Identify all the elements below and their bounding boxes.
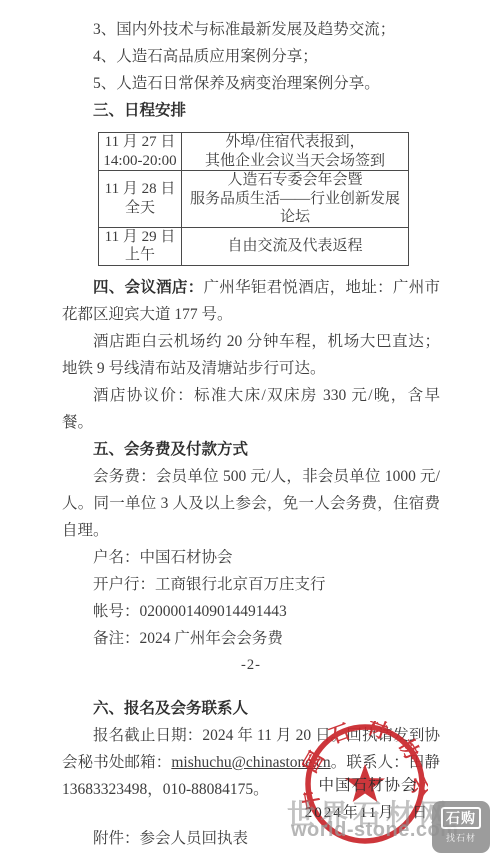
hotel-paragraph: 四、会议酒店：广州华钜君悦酒店，地址：广州市花都区迎宾大道 177 号。 (62, 274, 440, 328)
list-item-3: 3、国内外技术与标准最新发展及趋势交流； (62, 16, 440, 43)
account-number-line: 帐号：0200001409014491443 (62, 598, 440, 625)
event-line: 人造石专委会年会暨 (184, 171, 406, 190)
list-item-5: 5、人造石日常保养及病变治理案例分享。 (62, 70, 440, 97)
schedule-event-cell: 自由交流及代表返程 (182, 227, 409, 265)
table-row: 11 月 29 日 上午 自由交流及代表返程 (99, 227, 409, 265)
time-line: 上午 (101, 246, 179, 265)
hotel-transport-paragraph: 酒店距白云机场约 20 分钟车程，机场大巴直达；地铁 9 号线清布站及清塘站步行… (62, 328, 440, 382)
event-line: 外埠/住宿代表报到， (184, 133, 406, 152)
section-heading-hotel: 四、会议酒店： (93, 279, 204, 296)
schedule-event-cell: 人造石专委会年会暨 服务品质生活——行业创新发展论坛 (182, 171, 409, 228)
section-heading-contacts: 六、报名及会务联系人 (62, 695, 440, 722)
schedule-date-cell: 11 月 28 日 全天 (99, 171, 182, 228)
time-line: 全天 (101, 199, 179, 218)
remark-line: 备注：2024 广州年会会务费 (62, 625, 440, 652)
document-page: 3、国内外技术与标准最新发展及趋势交流； 4、人造石高品质应用案例分享； 5、人… (0, 0, 500, 863)
time-line: 14:00-20:00 (101, 152, 179, 171)
list-item-4: 4、人造石高品质应用案例分享； (62, 43, 440, 70)
fees-paragraph: 会务费：会员单位 500 元/人，非会员单位 1000 元/人。同一单位 3 人… (62, 463, 440, 544)
date-line: 11 月 29 日 (101, 228, 179, 247)
shigou-logo-icon: 石购 找石材 (432, 801, 490, 853)
event-line: 服务品质生活——行业创新发展论坛 (184, 190, 406, 227)
schedule-table: 11 月 27 日 14:00-20:00 外埠/住宿代表报到， 其他企业会议当… (98, 132, 409, 266)
table-row: 11 月 27 日 14:00-20:00 外埠/住宿代表报到， 其他企业会议当… (99, 133, 409, 171)
schedule-event-cell: 外埠/住宿代表报到， 其他企业会议当天会场签到 (182, 133, 409, 171)
date-line: 11 月 28 日 (101, 180, 179, 199)
page-number: -2- (62, 652, 440, 679)
schedule-date-cell: 11 月 27 日 14:00-20:00 (99, 133, 182, 171)
hotel-price-paragraph: 酒店协议价：标准大床/双床房 330 元/晚，含早餐。 (62, 382, 440, 436)
bank-line: 开户行：工商银行北京百万庄支行 (62, 571, 440, 598)
date-line: 11 月 27 日 (101, 133, 179, 152)
schedule-date-cell: 11 月 29 日 上午 (99, 227, 182, 265)
table-row: 11 月 28 日 全天 人造石专委会年会暨 服务品质生活——行业创新发展论坛 (99, 171, 409, 228)
logo-subtitle: 找石材 (446, 831, 476, 844)
section-heading-schedule: 三、日程安排 (62, 97, 440, 124)
logo-title: 石购 (441, 807, 481, 829)
account-name-line: 户名：中国石材协会 (62, 544, 440, 571)
section-heading-fees: 五、会务费及付款方式 (62, 436, 440, 463)
event-line: 其他企业会议当天会场签到 (184, 152, 406, 171)
event-line: 自由交流及代表返程 (184, 237, 406, 256)
